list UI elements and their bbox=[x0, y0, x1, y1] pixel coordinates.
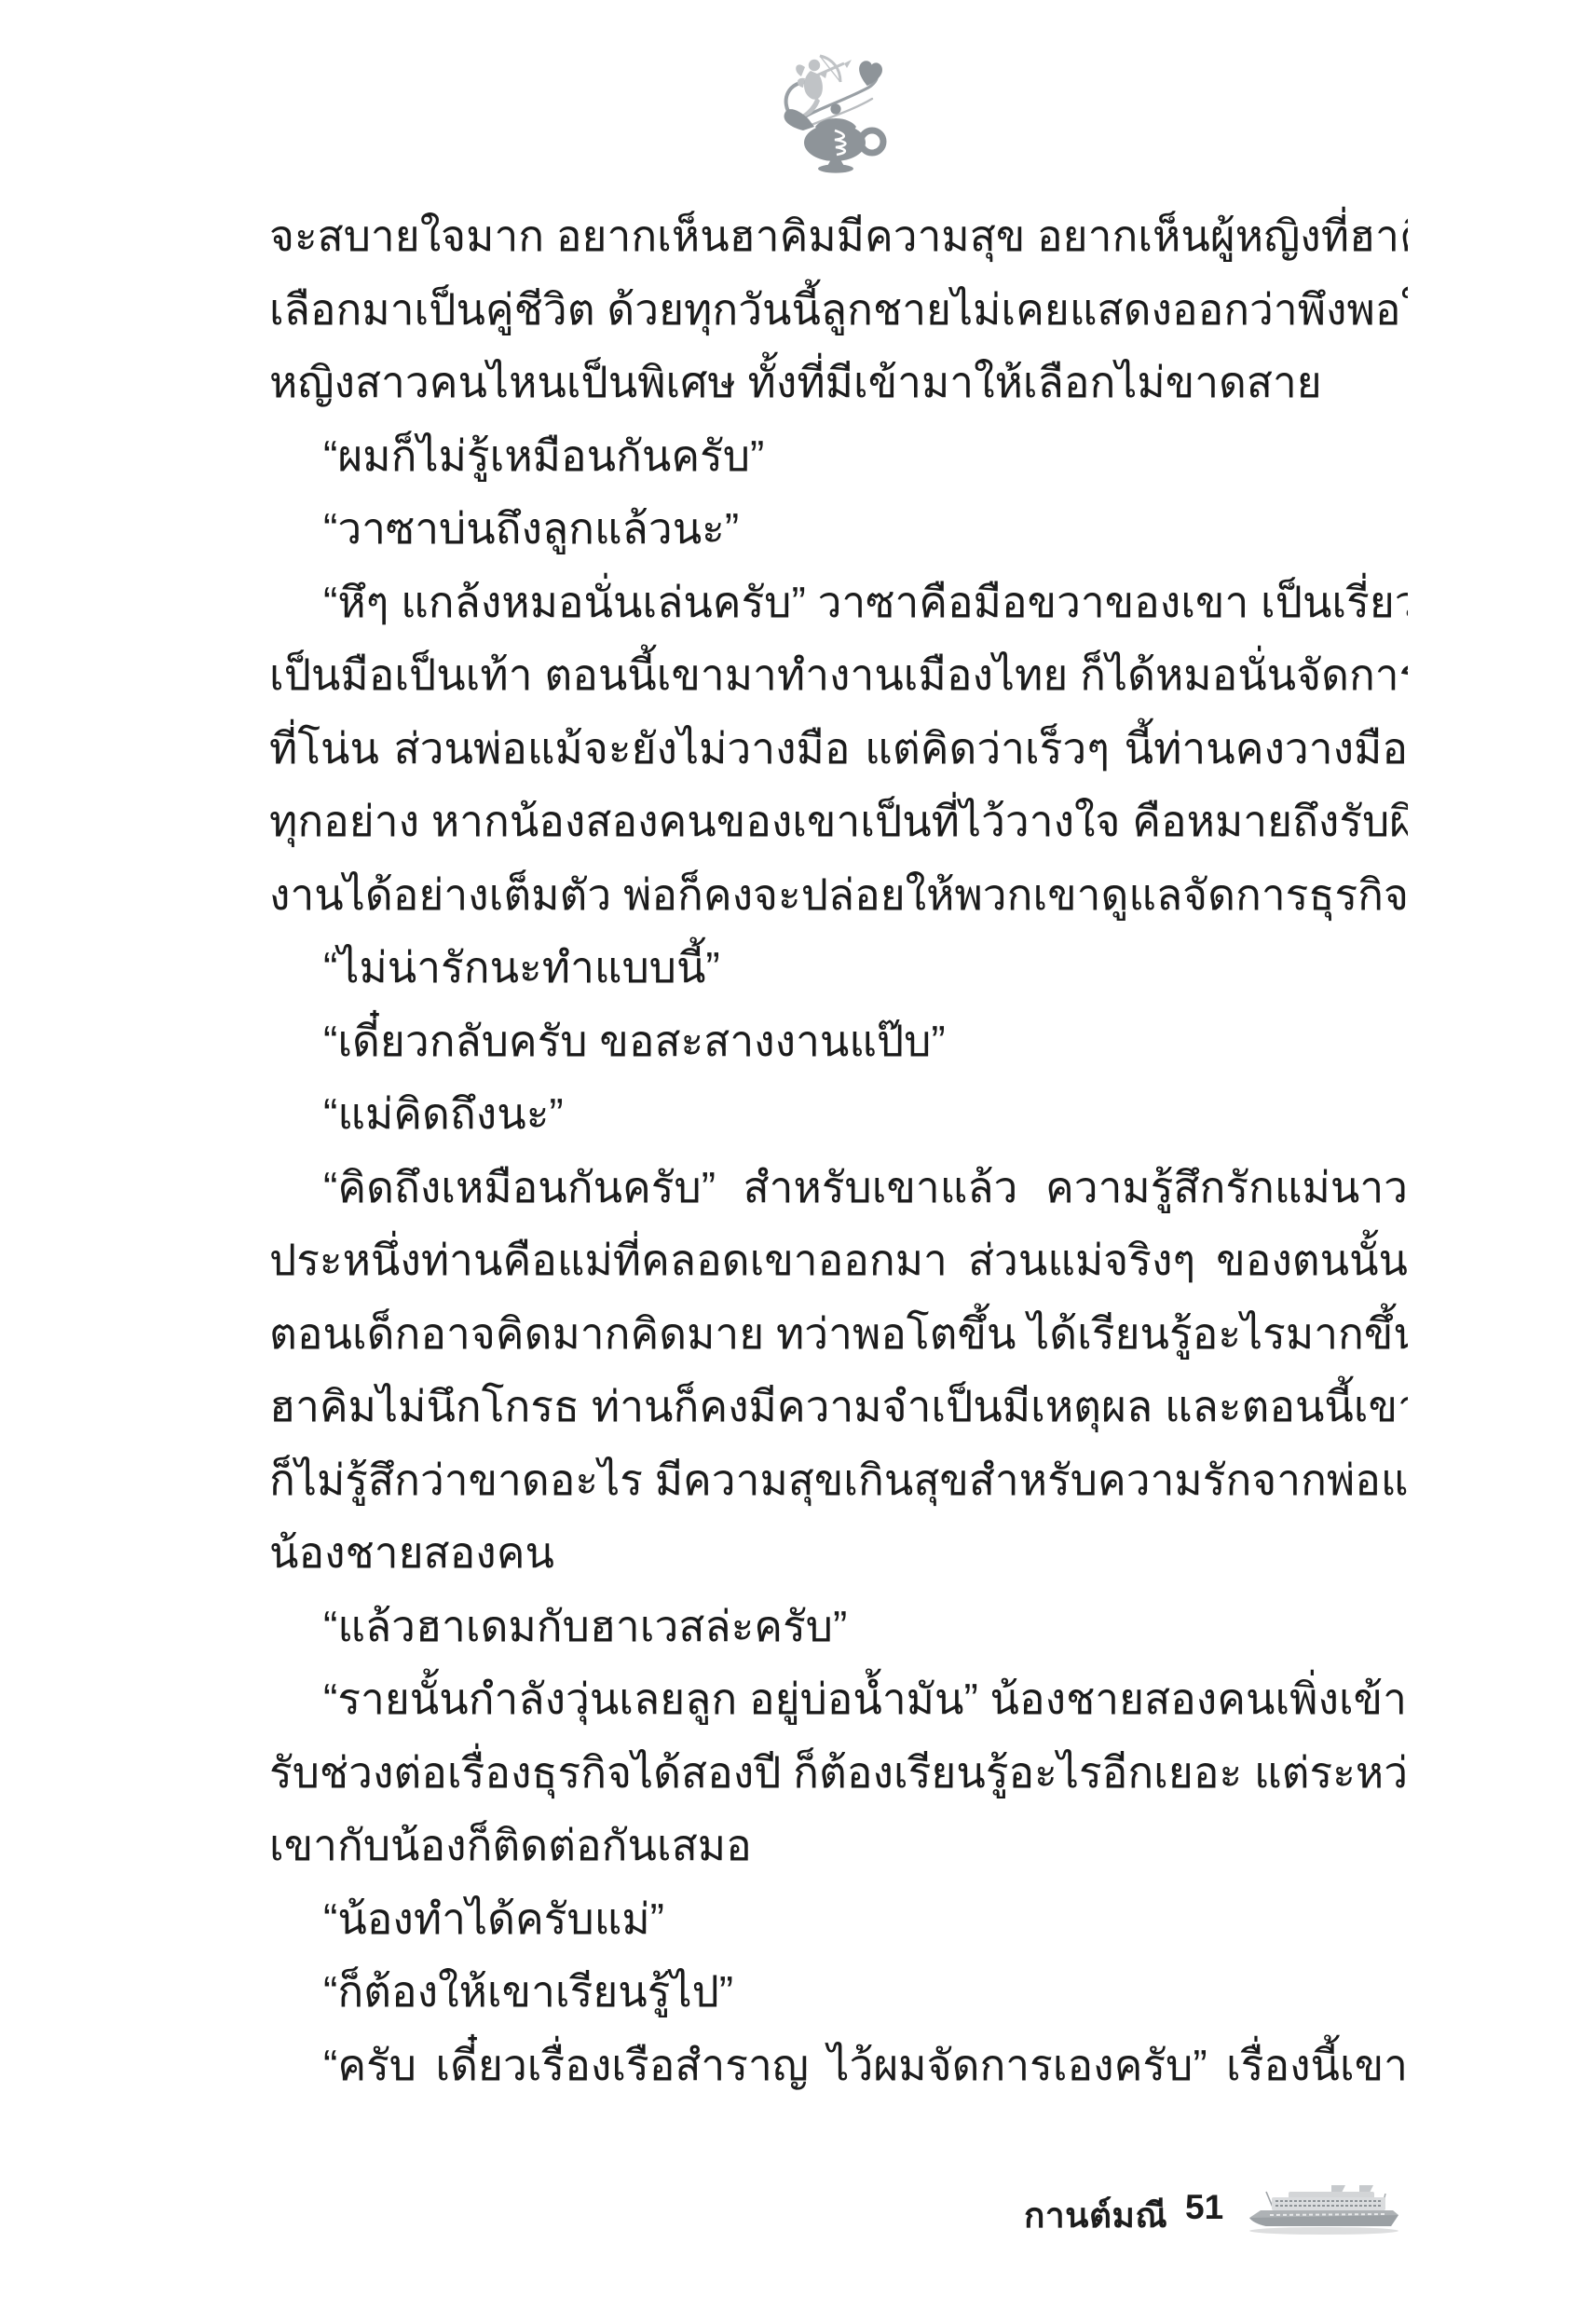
text-line: “แม่คิดถึงนะ” bbox=[269, 1077, 1408, 1151]
page-number: 51 bbox=[1185, 2188, 1223, 2227]
cruise-ship-icon bbox=[1246, 2184, 1402, 2236]
text-line: “ผมก็ไม่รู้เหมือนกันครับ” bbox=[269, 419, 1408, 493]
text-line: เลือกมาเป็นคู่ชีวิต ด้วยทุกวันนี้ลูกชายไ… bbox=[269, 273, 1408, 347]
text-line: “ครับ เดี๋ยวเรื่องเรือสำราญ ไว้ผมจัดการเ… bbox=[269, 2029, 1408, 2102]
lamp-body bbox=[784, 103, 883, 172]
text-line: น้องชายสองคน bbox=[269, 1516, 1408, 1590]
text-line: “น้องทำได้ครับแม่” bbox=[269, 1882, 1408, 1956]
genie-lamp-ornament bbox=[779, 52, 898, 173]
text-line: ตอนเด็กอาจคิดมากคิดมาย ทว่าพอโตขึ้น ได้เ… bbox=[269, 1297, 1408, 1371]
text-line: “คิดถึงเหมือนกันครับ” สำหรับเขาแล้ว ความ… bbox=[269, 1151, 1408, 1224]
text-line: ประหนึ่งท่านคือแม่ที่คลอดเขาออกมา ส่วนแม… bbox=[269, 1224, 1408, 1297]
text-line: “ก็ต้องให้เขาเรียนรู้ไป” bbox=[269, 1955, 1408, 2029]
text-line: “เดี๋ยวกลับครับ ขอสะสางงานแป๊บ” bbox=[269, 1005, 1408, 1078]
text-line: “วาซาบ่นถึงลูกแล้วนะ” bbox=[269, 492, 1408, 566]
genie-lamp-cupid-icon bbox=[779, 52, 898, 173]
book-page: จะสบายใจมาก อยากเห็นฮาคิมมีความสุข อยากเ… bbox=[0, 0, 1596, 2311]
page-footer: กานต์มณี 51 bbox=[0, 2184, 1596, 2240]
text-line: หญิงสาวคนไหนเป็นพิเศษ ทั้งที่มีเข้ามาให้… bbox=[269, 346, 1408, 419]
text-line: ที่โน่น ส่วนพ่อแม้จะยังไม่วางมือ แต่คิดว… bbox=[269, 712, 1408, 786]
text-line: ฮาคิมไม่นึกโกรธ ท่านก็คงมีความจำเป็นมีเห… bbox=[269, 1370, 1408, 1443]
text-line: เขากับน้องก็ติดต่อกันเสมอ bbox=[269, 1809, 1408, 1882]
body-text: จะสบายใจมาก อยากเห็นฮาคิมมีความสุข อยากเ… bbox=[269, 199, 1408, 2101]
text-line: จะสบายใจมาก อยากเห็นฮาคิมมีความสุข อยากเ… bbox=[269, 199, 1408, 273]
text-line: “แล้วฮาเดมกับฮาเวสล่ะครับ” bbox=[269, 1590, 1408, 1663]
text-line: “รายนั้นกำลังวุ่นเลยลูก อยู่บ่อน้ำมัน” น… bbox=[269, 1662, 1408, 1736]
heart-icon bbox=[856, 60, 884, 89]
text-line: “หึๆ แกล้งหมอนั่นเล่นครับ” วาซาคือมือขวา… bbox=[269, 566, 1408, 639]
text-line: รับช่วงต่อเรื่องธุรกิจได้สองปี ก็ต้องเรี… bbox=[269, 1736, 1408, 1810]
book-title: กานต์มณี bbox=[1024, 2188, 1167, 2243]
text-line: ทุกอย่าง หากน้องสองคนของเขาเป็นที่ไว้วาง… bbox=[269, 785, 1408, 858]
text-line: “ไม่น่ารักนะทำแบบนี้” bbox=[269, 931, 1408, 1005]
text-line: ก็ไม่รู้สึกว่าขาดอะไร มีความสุขเกินสุขสำ… bbox=[269, 1443, 1408, 1517]
text-line: เป็นมือเป็นเท้า ตอนนี้เขามาทำงานเมืองไทย… bbox=[269, 638, 1408, 712]
text-line: งานได้อย่างเต็มตัว พ่อก็คงจะปล่อยให้พวกเ… bbox=[269, 858, 1408, 932]
